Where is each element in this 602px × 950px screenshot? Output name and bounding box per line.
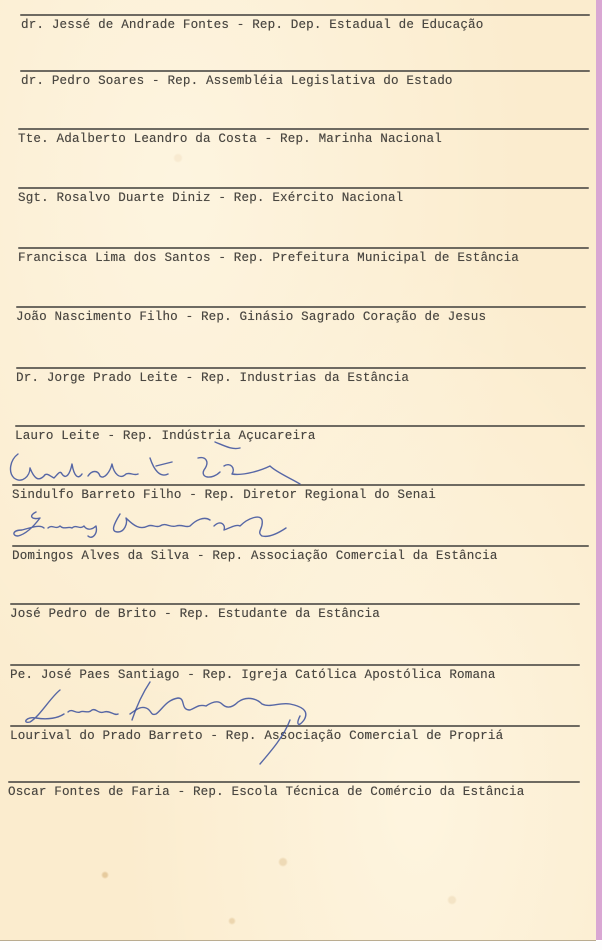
scan-margin <box>0 941 602 950</box>
signature-line-3: Tte. Adalberto Leandro da Costa - Rep. M… <box>0 128 596 158</box>
rule-line <box>10 603 580 605</box>
entry-text: dr. Pedro Soares - Rep. Assembléia Legis… <box>21 74 453 88</box>
signature-line-14: Oscar Fontes de Faria - Rep. Escola Técn… <box>0 781 596 811</box>
signature-line-9: Sindulfo Barreto Filho - Rep. Diretor Re… <box>0 484 596 514</box>
page-edge <box>596 0 602 940</box>
entry-text: Sindulfo Barreto Filho - Rep. Diretor Re… <box>12 488 436 502</box>
document-page: dr. Jessé de Andrade Fontes - Rep. Dep. … <box>0 0 596 941</box>
entry-text: Domingos Alves da Silva - Rep. Associaçã… <box>12 549 498 563</box>
rule-line <box>20 14 590 16</box>
signature-line-8: Lauro Leite - Rep. Indústria Açucareira <box>0 425 596 455</box>
entry-text: Sgt. Rosalvo Duarte Diniz - Rep. Exércit… <box>18 191 403 205</box>
entry-text: Tte. Adalberto Leandro da Costa - Rep. M… <box>18 132 442 146</box>
entry-text: Oscar Fontes de Faria - Rep. Escola Técn… <box>8 785 524 799</box>
rule-line <box>16 306 586 308</box>
rule-line <box>10 664 580 666</box>
entry-text: Lourival do Prado Barreto - Rep. Associa… <box>10 729 503 743</box>
rule-line <box>12 484 585 486</box>
entry-text: Dr. Jorge Prado Leite - Rep. Industrias … <box>16 371 409 385</box>
entry-text: Pe. José Paes Santiago - Rep. Igreja Cat… <box>10 668 496 682</box>
signature-line-6: João Nascimento Filho - Rep. Ginásio Sag… <box>0 306 596 336</box>
signature-line-10: Domingos Alves da Silva - Rep. Associaçã… <box>0 545 596 575</box>
signature-line-2: dr. Pedro Soares - Rep. Assembléia Legis… <box>0 70 596 100</box>
signature-line-13: Lourival do Prado Barreto - Rep. Associa… <box>0 725 596 755</box>
rule-line <box>10 725 580 727</box>
rule-line <box>15 425 585 427</box>
signature-line-1: dr. Jessé de Andrade Fontes - Rep. Dep. … <box>0 14 596 44</box>
entry-text: Lauro Leite - Rep. Indústria Açucareira <box>15 429 316 443</box>
signature-line-11: José Pedro de Brito - Rep. Estudante da … <box>0 603 596 633</box>
signature-line-5: Francisca Lima dos Santos - Rep. Prefeit… <box>0 247 596 277</box>
rule-line <box>16 367 586 369</box>
rule-line <box>20 70 590 72</box>
rule-line <box>18 187 589 189</box>
signature-line-4: Sgt. Rosalvo Duarte Diniz - Rep. Exércit… <box>0 187 596 217</box>
rule-line <box>18 128 589 130</box>
signature-line-7: Dr. Jorge Prado Leite - Rep. Industrias … <box>0 367 596 397</box>
signature-line-12: Pe. José Paes Santiago - Rep. Igreja Cat… <box>0 664 596 694</box>
rule-line <box>12 545 589 547</box>
rule-line <box>8 781 580 783</box>
entry-text: José Pedro de Brito - Rep. Estudante da … <box>10 607 380 621</box>
rule-line <box>18 247 589 249</box>
entry-text: dr. Jessé de Andrade Fontes - Rep. Dep. … <box>21 18 483 32</box>
entry-text: Francisca Lima dos Santos - Rep. Prefeit… <box>18 251 519 265</box>
entry-text: João Nascimento Filho - Rep. Ginásio Sag… <box>16 310 486 324</box>
